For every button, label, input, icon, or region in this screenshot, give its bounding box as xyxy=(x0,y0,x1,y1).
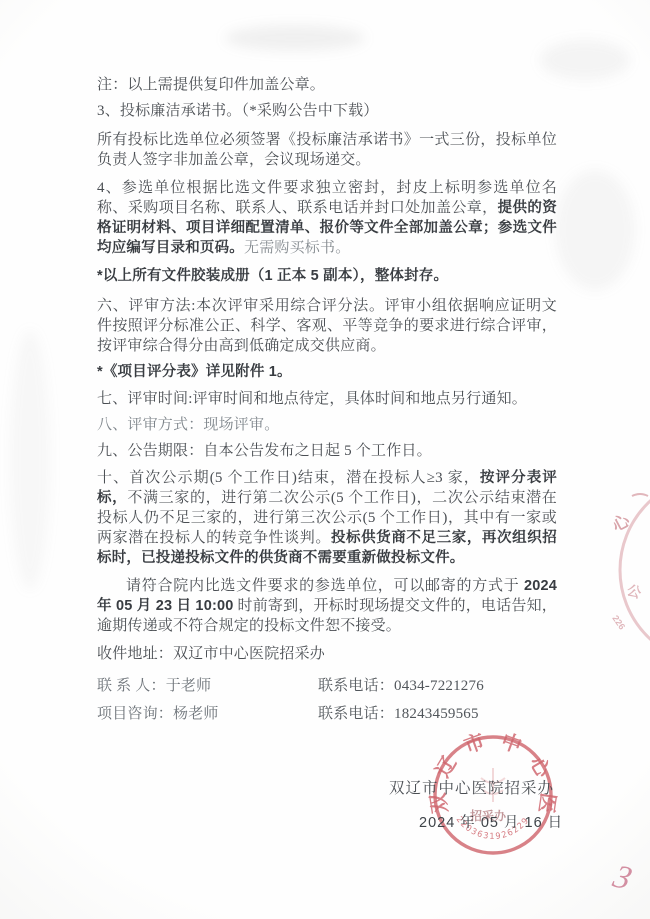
para-item-6: 六、评审方法:本次评审采用综合评分法。评审小组依据响应证明文件按照评分标准公正、… xyxy=(97,296,557,356)
text-run: *以上所有文件胶装成册（1 正本 5 副本），整体封存。 xyxy=(97,268,448,284)
handwritten-page-number: 3 xyxy=(608,859,636,898)
text-run: 九、公告期限：自本公告发布之日起 5 个工作日。 xyxy=(97,443,432,459)
contact-row: 联 系 人：于老师 联系电话：0434-7221276 xyxy=(97,676,557,696)
contact-person: 联 系 人：于老师 xyxy=(97,676,318,696)
text-run: 八、评审方式：现场评审。 xyxy=(97,417,279,433)
partial-seal-icon: 心 公 226 xyxy=(596,482,650,662)
para-address: 收件地址：双辽市中心医院招采办 xyxy=(97,644,557,664)
seal-fragment-text: 公 xyxy=(625,582,644,602)
para-mailing: 请符合院内比选文件要求的参选单位，可以邮寄的方式于 2024 年 05 月 23… xyxy=(97,576,557,636)
scan-artifact xyxy=(225,25,365,51)
para-note: 注：以上需提供复印件加盖公章。 xyxy=(97,75,557,95)
contact-phone: 联系电话：0434-7221276 xyxy=(318,676,484,696)
text-run: 所有投标比选单位必须签署《投标廉洁承诺书》一式三份，投标单位负责人签字非加盖公章… xyxy=(97,132,557,168)
para-item-9: 九、公告期限：自本公告发布之日起 5 个工作日。 xyxy=(97,441,557,461)
text-run: *《项目评分表》详见附件 1。 xyxy=(97,364,292,380)
text-run: 注：以上需提供复印件加盖公章。 xyxy=(97,77,325,93)
para-score-table-note: *《项目评分表》详见附件 1。 xyxy=(97,362,557,382)
para-item-3-title: 3、投标廉洁承诺书。（*采购公告中下载） xyxy=(97,101,557,121)
text-run: 十、首次公示期(5 个工作日)结束，潜在投标人≥3 家， xyxy=(97,470,480,486)
date-line: 2024 年 05 月 16 日 xyxy=(419,811,563,832)
scan-artifact xyxy=(555,170,635,290)
seal-fragment-text: 心 xyxy=(608,509,633,535)
text-run: 4、参选单位根据比选文件要求独立密封，封皮上标明参选单位名称、采购项目名称、联系… xyxy=(97,180,557,216)
contact-block: 联 系 人：于老师 联系电话：0434-7221276 项目咨询：杨老师 联系电… xyxy=(97,676,557,724)
seal-fragment-text: 226 xyxy=(610,613,627,631)
document-body: 注：以上需提供复印件加盖公章。 3、投标廉洁承诺书。（*采购公告中下载） 所有投… xyxy=(97,75,557,724)
para-item-7: 七、评审时间:评审时间和地点待定，具体时间和地点另行通知。 xyxy=(97,389,557,409)
text-run: 3、投标廉洁承诺书。（*采购公告中下载） xyxy=(97,103,379,119)
para-item-3-body: 所有投标比选单位必须签署《投标廉洁承诺书》一式三份，投标单位负责人签字非加盖公章… xyxy=(97,130,557,170)
text-run: 收件地址：双辽市中心医院招采办 xyxy=(97,646,325,662)
signature-line: 双辽市中心医院招采办 xyxy=(389,776,554,798)
para-item-4: 4、参选单位根据比选文件要求独立密封，封皮上标明参选单位名称、采购项目名称、联系… xyxy=(97,178,557,258)
text-run: 请符合院内比选文件要求的参选单位，可以邮寄的方式于 xyxy=(126,578,524,594)
scanned-document-page: 注：以上需提供复印件加盖公章。 3、投标廉洁承诺书。（*采购公告中下载） 所有投… xyxy=(0,0,650,919)
para-binding-note: *以上所有文件胶装成册（1 正本 5 副本），整体封存。 xyxy=(97,266,557,286)
para-item-8: 八、评审方式：现场评审。 xyxy=(97,415,557,435)
contact-person: 项目咨询：杨老师 xyxy=(97,704,318,724)
para-item-10: 十、首次公示期(5 个工作日)结束，潜在投标人≥3 家，按评分表评标，不满三家的… xyxy=(97,468,557,568)
text-run: 七、评审时间:评审时间和地点待定，具体时间和地点另行通知。 xyxy=(97,391,527,407)
scan-artifact xyxy=(10,330,50,590)
text-run: 六、评审方法:本次评审采用综合评分法。评审小组依据响应证明文件按照评分标准公正、… xyxy=(97,298,557,354)
contact-row: 项目咨询：杨老师 联系电话：18243459565 xyxy=(97,704,557,724)
scan-artifact xyxy=(540,40,630,80)
text-run: 无需购买标书。 xyxy=(244,240,350,256)
contact-phone: 联系电话：18243459565 xyxy=(318,704,479,724)
